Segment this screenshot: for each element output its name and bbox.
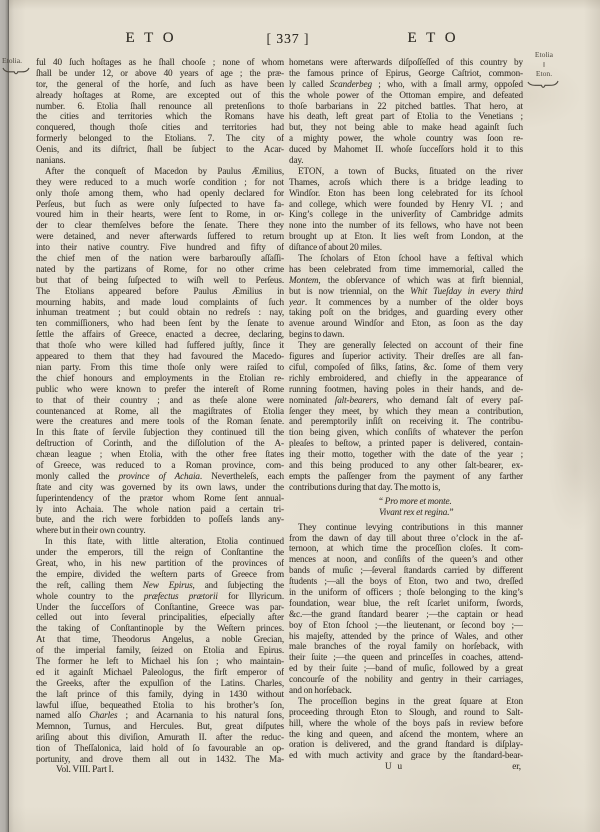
margin-note-left: Etolia.: [2, 56, 34, 75]
text-line: ed it againſt Michael Paleologus, the fi…: [36, 667, 284, 678]
text-line: only thoſe among them, who had openly de…: [36, 188, 284, 199]
text-line: The Etolians appeared before Paulus Æmil…: [36, 286, 284, 297]
text-line: deſtruction of Corinth, and the diſſolut…: [36, 438, 284, 449]
text-line: were the creatures and mere tools of the…: [36, 416, 284, 427]
text-line: into their native country. Five hundred …: [36, 242, 284, 253]
text-line: of the imperial family, ſeized on Etolia…: [36, 645, 284, 656]
text-line: &c.—the grand ſtandard bearer ;—the capt…: [289, 609, 523, 620]
text-line: pleaſes to beſtow, a printed paper is de…: [289, 438, 523, 449]
text-line: the whole power of the Ottoman empire, a…: [289, 90, 523, 101]
text-line: his death, left great part of Etolia to …: [289, 111, 523, 122]
text-line: named alſo Charles ; and Acarnania to hi…: [36, 710, 284, 721]
text-line: they were reduced to a much worſe condit…: [36, 177, 284, 188]
text-line: none into the number of its fellows, who…: [289, 220, 523, 231]
text-line: ed with much activity and grace by the ſ…: [289, 750, 523, 761]
text-line: the famous prince of Epirus, George Caſt…: [289, 68, 523, 79]
text-line: ariſing about this diviſion, Amurath II.…: [36, 732, 284, 743]
text-line: of Greece, was reduced to a Roman provin…: [36, 460, 284, 471]
continuation-brace-icon: [2, 67, 30, 75]
margin-note-left-label: Etolia.: [2, 56, 22, 65]
text-line: tion of Theſſalonica, laid hold of ſo fa…: [36, 743, 284, 754]
catchword: er,: [512, 761, 521, 772]
page-number: [ 337 ]: [238, 31, 338, 47]
text-line: the king and queen, and aſcend the monte…: [289, 729, 523, 740]
text-column-right: hometans were afterwards diſpoſſeſſed of…: [289, 57, 523, 772]
text-line: Windſor. Eton has been long celebrated f…: [289, 188, 523, 199]
text-line: ternoon, at which time the proceſſion cl…: [289, 543, 523, 554]
header-right-title: E T O: [378, 30, 488, 47]
text-line: duced by Mahomet II. whoſe ſucceſſors ho…: [289, 144, 523, 155]
signature-catchword-row: U uer,: [289, 761, 523, 772]
text-line: Under the ſucceſſors of Conſtantine, Gre…: [36, 602, 284, 613]
text-line: ETON, a town of Bucks, ſituated on the r…: [289, 166, 523, 177]
text-line: appeared to them that they had favoured …: [36, 351, 284, 362]
motto-line: “ Pro more et monte.: [289, 496, 523, 508]
text-line: in the uniform of officers ; thoſe belon…: [289, 587, 523, 598]
text-line: ſettle the affairs of Greece, enacted a …: [36, 329, 284, 340]
text-line: mourning habits, and made loud complaint…: [36, 297, 284, 308]
text-line: male branches of the royal family on hor…: [289, 641, 523, 652]
text-column-left: ful 40 ſuch hoſtages as he ſhall chooſe …: [36, 57, 284, 776]
text-line: hometans were afterwards diſpoſſeſſed of…: [289, 57, 523, 68]
text-line: proceeding through Eton to Slough, and r…: [289, 707, 523, 718]
text-line: begins to dawn.: [289, 329, 523, 340]
text-line: already hoſtages at Rome, are excepted o…: [36, 90, 284, 101]
text-line: taking poſt on the bridges, and guarding…: [289, 307, 523, 318]
text-line: whole country to the præfectus prætorii …: [36, 591, 284, 602]
text-line: ed by their ſuite ;—band of muſic, follo…: [289, 663, 523, 674]
text-line: ſhall be under 12, or above 40 years of …: [36, 68, 284, 79]
text-line: concourſe of the nobility and gentry in …: [289, 674, 523, 685]
text-line: and on horſeback.: [289, 685, 523, 696]
text-line: The former he left to Michael his ſon ; …: [36, 656, 284, 667]
text-line: mences at noon, and conſiſts of the quee…: [289, 554, 523, 565]
text-line: ſtudents ;—all the boys of Eton, two and…: [289, 576, 523, 587]
text-line: tion being given, which conſiſts of what…: [289, 427, 523, 438]
text-line: Memnon, Turnus, and Hercules. But, great…: [36, 721, 284, 732]
text-line: boy of Eton ſchool ;—the lieutenant, or …: [289, 620, 523, 631]
text-line: diſtance of about 20 miles.: [289, 242, 523, 253]
text-line: ſtate and city was governed by its own l…: [36, 482, 284, 493]
text-line: Thames, acroſs which there is a bridge l…: [289, 177, 523, 188]
text-line: Oenis, and its diſtrict, ſhall be ſubjec…: [36, 144, 284, 155]
text-line: were detained, and never afterwards ſuff…: [36, 231, 284, 242]
text-line: the cities and territories which the Rom…: [36, 111, 284, 122]
text-line: nanians.: [36, 155, 284, 166]
text-line: The proceſſion begins in the great ſquar…: [289, 696, 523, 707]
text-line: richly embroidered, and chiefly in the a…: [289, 373, 523, 384]
text-line: ciful, compoſed of ſilks, ſatins, &c. ſo…: [289, 362, 523, 373]
article-separator: ‖: [526, 60, 562, 70]
text-line: day.: [289, 155, 523, 166]
text-line: their ſuite ;—the queen and princeſſes i…: [289, 652, 523, 663]
text-line: and peremptorily inſiſt on receiving it.…: [289, 416, 523, 427]
text-line: contributions during that day. The motto…: [289, 482, 523, 493]
header-left-title: E T O: [96, 30, 206, 47]
text-line: the reſt, calling them New Epirus, and ſ…: [36, 580, 284, 591]
text-line: After the conqueſt of Macedon by Paulus …: [36, 166, 284, 177]
text-line: countenanced at Rome, all the magiſtrate…: [36, 406, 284, 417]
text-line: empts the paſſenger from the payment of …: [289, 471, 523, 482]
text-line: ſenger they meet, by which they mean a c…: [289, 406, 523, 417]
text-line: has been celebrated from time immemorial…: [289, 264, 523, 275]
text-line: a mighty power, the whole country was ſo…: [289, 133, 523, 144]
text-line: under the emperors, till the reign of Co…: [36, 547, 284, 558]
text-line: King’s college in the univerſity of Camb…: [289, 209, 523, 220]
text-line: the taking of Conſtantinople by the Weſt…: [36, 623, 284, 634]
text-line: In this ſtate of ſervile ſubjection they…: [36, 427, 284, 438]
text-line: to that of their country ; and as theſe …: [36, 395, 284, 406]
motto-line: Vivant rex et regina.”: [289, 507, 523, 519]
text-line: from the dawn of day till about three o’…: [289, 533, 523, 544]
text-line: voured him in their hearts, were ſent to…: [36, 209, 284, 220]
text-line: Perſeus, but ſuch as were only ſuſpected…: [36, 199, 284, 210]
text-line: In this ſtate, with little alteration, E…: [36, 536, 284, 547]
text-line: nominated ſalt-bearers, who demand ſalt …: [289, 395, 523, 406]
text-line: ly into Achaia. The whole nation paid a …: [36, 504, 284, 515]
text-line: inhuman treatment ; but could obtain no …: [36, 307, 284, 318]
text-line: celled out into ſeveral principalities, …: [36, 612, 284, 623]
text-line: ſuperintendency of the prætor whom Rome …: [36, 493, 284, 504]
text-line: der to clear themſelves before the ſenat…: [36, 220, 284, 231]
text-line: the chief men of the nation were barbaro…: [36, 253, 284, 264]
text-line: the laſt prince of this family, dying in…: [36, 689, 284, 700]
text-line: lawful iſſue, bequeathed Etolia to his b…: [36, 700, 284, 711]
text-line: but that of being ſuſpected to wiſh well…: [36, 275, 284, 286]
text-line: nian party. From this time thoſe only we…: [36, 362, 284, 373]
text-line: where but in their own country.: [36, 525, 284, 536]
text-line: brought up at Eton. It lies weſt from Lo…: [289, 231, 523, 242]
page-edge-strip: [0, 0, 9, 832]
text-line: that thoſe who were killed had ſuffered …: [36, 340, 284, 351]
text-line: foundation, wear blue, the reſt ſcarlet …: [289, 598, 523, 609]
text-line: They are generally ſelected on account o…: [289, 340, 523, 351]
scanned-book-page: E T O [ 337 ] E T O Etolia. Etolia ‖ Eto…: [0, 0, 600, 832]
text-line: running footmen, having poles in their h…: [289, 384, 523, 395]
text-line: portunity, and drove them all out in 143…: [36, 754, 284, 765]
text-line: Great, who, in his new partition of the …: [36, 558, 284, 569]
text-line: bands of muſic ;—ſeveral ſtandards carri…: [289, 565, 523, 576]
text-line: avenue around Windſor and Eton, as ſoon …: [289, 318, 523, 329]
continuation-brace-icon: [527, 80, 559, 89]
text-line: the chief honours and employments in the…: [36, 373, 284, 384]
text-line: figures and ſuperior activity. Their dre…: [289, 351, 523, 362]
text-line: ly called Scanderbeg ; who, with a ſmall…: [289, 79, 523, 90]
text-line: but, they not being able to make head ag…: [289, 122, 523, 133]
text-line: monly called the province of Achaia. Nev…: [36, 471, 284, 482]
text-line: ful 40 ſuch hoſtages as he ſhall chooſe …: [36, 57, 284, 68]
text-line: year. It commences by a number of the ol…: [289, 297, 523, 308]
text-line: formerly belonged to the Etolians. 7. Th…: [36, 133, 284, 144]
text-line: conquered, though thoſe cities and terri…: [36, 122, 284, 133]
text-line: and this being produced to any other ſal…: [289, 460, 523, 471]
margin-note-right-line: Eton.: [526, 69, 562, 79]
text-line: thoſe barbarians in 22 pitched battles. …: [289, 101, 523, 112]
text-line: bute, and the rich were forbidden to poſ…: [36, 514, 284, 525]
running-header: E T O [ 337 ] E T O: [0, 30, 600, 50]
gathering-signature-mark: U u: [385, 761, 404, 772]
text-line: but is now triennial, on the Whit Tueſda…: [289, 286, 523, 297]
text-line: public who were known to prefer the inte…: [36, 384, 284, 395]
margin-note-right-line: Etolia: [526, 50, 562, 60]
text-line: At that time, Theodorus Angelus, a noble…: [36, 634, 284, 645]
text-line: the Greeks, after the expulſion of the L…: [36, 678, 284, 689]
text-line: the empire, divided the weſtern parts of…: [36, 569, 284, 580]
volume-signature-line: Vol. VIII. Part I.: [36, 765, 284, 776]
text-line: his majeſty, attended by the prince of W…: [289, 631, 523, 642]
margin-note-right: Etolia ‖ Eton.: [526, 50, 562, 89]
text-line: Montem, the obſervance of which was at f…: [289, 275, 523, 286]
text-line: nated by the partizans of Rome, for no o…: [36, 264, 284, 275]
text-line: The ſcholars of Eton ſchool have a feſti…: [289, 253, 523, 264]
text-line: oration is delivered, and the grand ſtan…: [289, 739, 523, 750]
text-line: ing their motto, together with the date …: [289, 449, 523, 460]
text-line: ten commiſſioners, who had been ſent by …: [36, 318, 284, 329]
text-line: chæan league ; when Etolia, with the oth…: [36, 449, 284, 460]
text-line: hill, where the whole of the boys paſs i…: [289, 718, 523, 729]
text-line: number. 6. Etolia ſhall renounce all pre…: [36, 101, 284, 112]
text-line: and college, which were founded by Henry…: [289, 199, 523, 210]
text-line: tor, the general of the horſe, and ſuch …: [36, 79, 284, 90]
text-line: They continue levying contributions in t…: [289, 522, 523, 533]
